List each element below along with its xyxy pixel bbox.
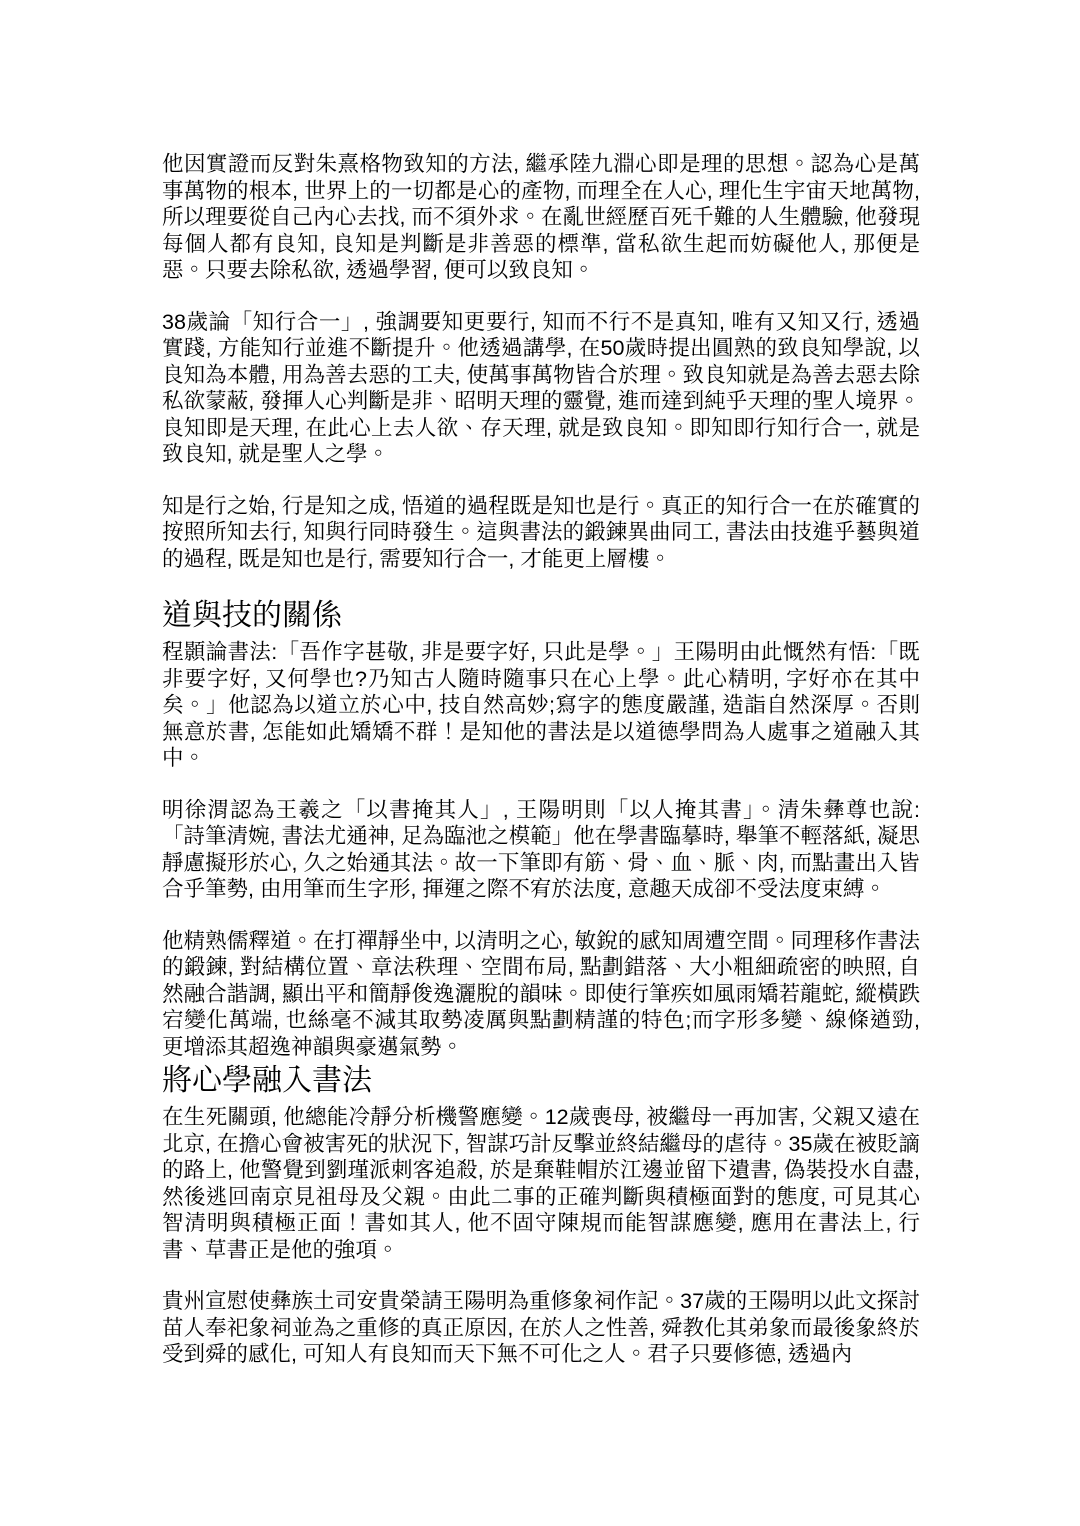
paragraph-confucian-buddhist-daoist-training: 他精熟儒釋道。在打禪靜坐中, 以清明之心, 敏銳的感知周遭空間。同理移作書法的鍛… — [162, 928, 920, 1061]
article-body: 他因實證而反對朱熹格物致知的方法, 繼承陸九淵心即是理的思想。認為心是萬事萬物的… — [162, 151, 920, 1368]
section-heading-merging-mind-study-into-calligraphy: 將心學融入書法 — [162, 1062, 920, 1100]
paragraph-xiang-shrine-record: 貴州宣慰使彝族土司安貴榮請王陽明為重修象祠作記。37歲的王陽明以此文探討苗人奉祀… — [162, 1288, 920, 1368]
document-page: 他因實證而反對朱熹格物致知的方法, 繼承陸九淵心即是理的思想。認為心是萬事萬物的… — [0, 0, 1080, 1526]
paragraph-mind-is-principle: 他因實證而反對朱熹格物致知的方法, 繼承陸九淵心即是理的思想。認為心是萬事萬物的… — [162, 151, 920, 284]
paragraph-knowing-and-doing: 知是行之始, 行是知之成, 悟道的過程既是知也是行。真正的知行合一在於確實的按照… — [162, 493, 920, 573]
paragraph-unity-of-knowledge-action: 38歲論「知行合一」, 強調要知更要行, 知而不行不是真知, 唯有又知又行, 透… — [162, 309, 920, 468]
section-heading-dao-and-technique: 道與技的關係 — [162, 597, 920, 635]
paragraph-life-death-resourcefulness: 在生死關頭, 他總能冷靜分析機警應變。12歲喪母, 被繼母一再加害, 父親又遠在… — [162, 1104, 920, 1263]
paragraph-xu-wei-zhu-yizun-comments: 明徐渭認為王羲之「以書掩其人」, 王陽明則「以人掩其書」。清朱彝尊也說:「詩筆清… — [162, 797, 920, 903]
paragraph-cheng-hao-on-calligraphy: 程顥論書法:「吾作字甚敬, 非是要字好, 只此是學。」王陽明由此慨然有悟:「既非… — [162, 639, 920, 772]
